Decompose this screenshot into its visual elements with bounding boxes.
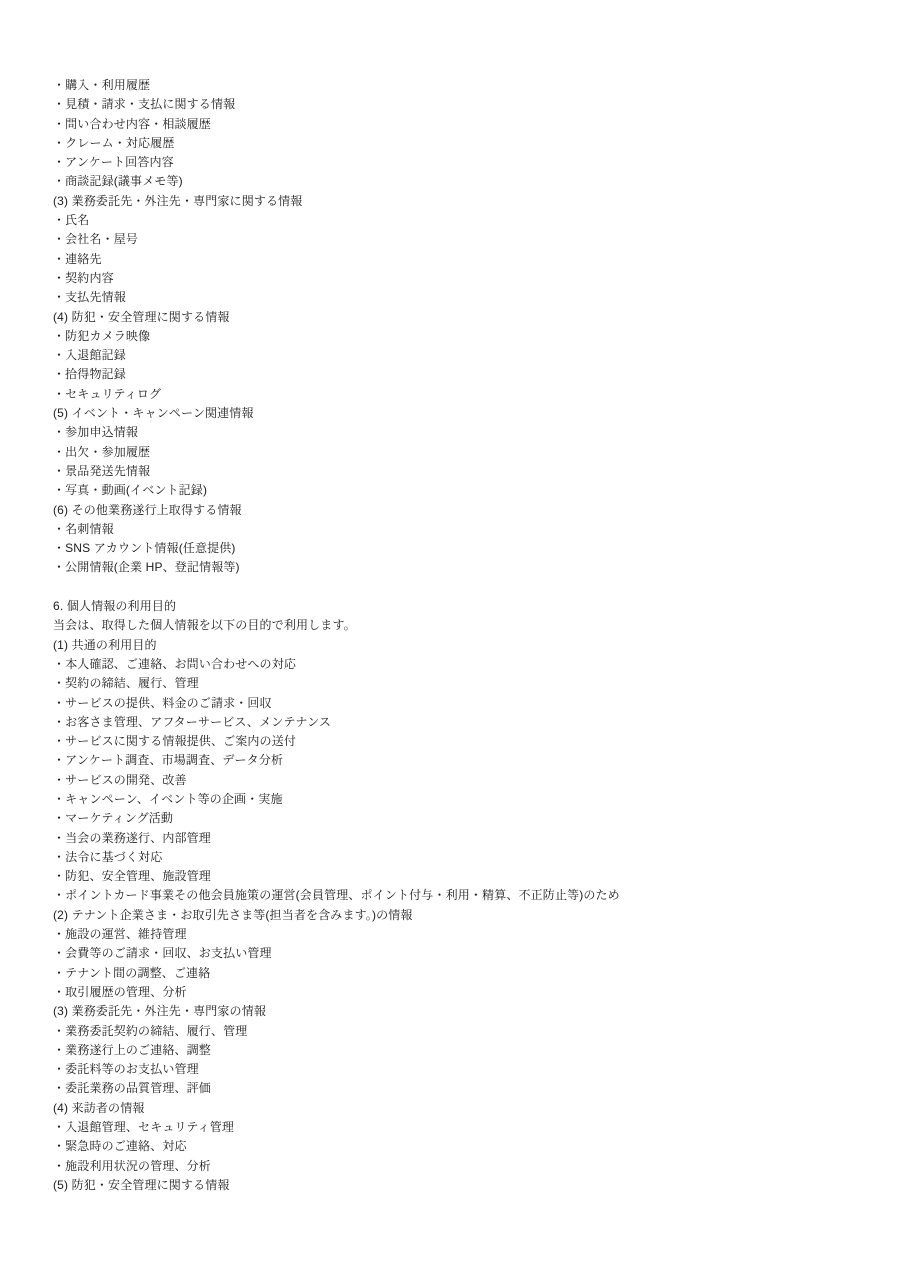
text-line: ・アンケート回答内容 <box>53 153 853 172</box>
text-line: ・サービスの開発、改善 <box>53 771 853 790</box>
text-line: ・支払先情報 <box>53 288 853 307</box>
text-line: ・法令に基づく対応 <box>53 848 853 867</box>
text-line: ・防犯、安全管理、施設管理 <box>53 867 853 886</box>
text-line: ・本人確認、ご連絡、お問い合わせへの対応 <box>53 655 853 674</box>
section6-heading: 6. 個人情報の利用目的 <box>53 597 853 616</box>
text-line: ・セキュリティログ <box>53 385 853 404</box>
text-line: ・施設利用状況の管理、分析 <box>53 1157 853 1176</box>
text-line: ・公開情報(企業 HP、登記情報等) <box>53 558 853 577</box>
text-line: ・購入・利用履歴 <box>53 76 853 95</box>
text-line: ・取引履歴の管理、分析 <box>53 983 853 1002</box>
text-line: ・業務委託契約の締結、履行、管理 <box>53 1022 853 1041</box>
document-page: ・購入・利用履歴・見積・請求・支払に関する情報・問い合わせ内容・相談履歴・クレー… <box>0 0 900 1272</box>
text-line: (5) 防犯・安全管理に関する情報 <box>53 1176 853 1195</box>
text-line: ・契約の締結、履行、管理 <box>53 674 853 693</box>
text-line: ・見積・請求・支払に関する情報 <box>53 95 853 114</box>
text-line: ・お客さま管理、アフターサービス、メンテナンス <box>53 713 853 732</box>
text-line: ・会費等のご請求・回収、お支払い管理 <box>53 944 853 963</box>
text-line: (4) 防犯・安全管理に関する情報 <box>53 308 853 327</box>
text-line: ・アンケート調査、市場調査、データ分析 <box>53 751 853 770</box>
text-line: ・名刺情報 <box>53 520 853 539</box>
text-line: ・氏名 <box>53 211 853 230</box>
text-line: 当会は、取得した個人情報を以下の目的で利用します。 <box>53 616 853 635</box>
text-line: (6) その他業務遂行上取得する情報 <box>53 501 853 520</box>
text-line: ・委託料等のお支払い管理 <box>53 1060 853 1079</box>
text-line: ・会社名・屋号 <box>53 230 853 249</box>
section5-item-list: ・購入・利用履歴・見積・請求・支払に関する情報・問い合わせ内容・相談履歴・クレー… <box>53 76 853 578</box>
text-line: ・契約内容 <box>53 269 853 288</box>
text-line: ・キャンペーン、イベント等の企画・実施 <box>53 790 853 809</box>
text-line: ・SNS アカウント情報(任意提供) <box>53 539 853 558</box>
text-line: ・入退館管理、セキュリティ管理 <box>53 1118 853 1137</box>
text-line: ・マーケティング活動 <box>53 809 853 828</box>
text-line: (2) テナント企業さま・お取引先さま等(担当者を含みます。)の情報 <box>53 906 853 925</box>
text-line: ・景品発送先情報 <box>53 462 853 481</box>
text-line: (3) 業務委託先・外注先・専門家の情報 <box>53 1002 853 1021</box>
text-line: ・テナント間の調整、ご連絡 <box>53 964 853 983</box>
text-line: ・商談記録(議事メモ等) <box>53 172 853 191</box>
text-line: (5) イベント・キャンペーン関連情報 <box>53 404 853 423</box>
text-line: ・参加申込情報 <box>53 423 853 442</box>
text-line: ・緊急時のご連絡、対応 <box>53 1137 853 1156</box>
text-line: ・サービスの提供、料金のご請求・回収 <box>53 694 853 713</box>
text-line: ・当会の業務遂行、内部管理 <box>53 829 853 848</box>
text-line: ・ポイントカード事業その他会員施策の運営(会員管理、ポイント付与・利用・精算、不… <box>53 886 853 905</box>
text-line: ・写真・動画(イベント記録) <box>53 481 853 500</box>
text-line: ・拾得物記録 <box>53 365 853 384</box>
text-line: ・サービスに関する情報提供、ご案内の送付 <box>53 732 853 751</box>
document-body: ・購入・利用履歴・見積・請求・支払に関する情報・問い合わせ内容・相談履歴・クレー… <box>53 76 853 1195</box>
text-line: ・問い合わせ内容・相談履歴 <box>53 115 853 134</box>
text-line: ・クレーム・対応履歴 <box>53 134 853 153</box>
section-gap <box>53 578 853 597</box>
text-line: ・出欠・参加履歴 <box>53 443 853 462</box>
text-line: ・業務遂行上のご連絡、調整 <box>53 1041 853 1060</box>
text-line: (4) 来訪者の情報 <box>53 1099 853 1118</box>
text-line: ・連絡先 <box>53 250 853 269</box>
text-line: ・防犯カメラ映像 <box>53 327 853 346</box>
text-line: ・委託業務の品質管理、評価 <box>53 1079 853 1098</box>
section6-body: 当会は、取得した個人情報を以下の目的で利用します。(1) 共通の利用目的・本人確… <box>53 616 853 1195</box>
text-line: (3) 業務委託先・外注先・専門家に関する情報 <box>53 192 853 211</box>
text-line: ・施設の運営、維持管理 <box>53 925 853 944</box>
text-line: (1) 共通の利用目的 <box>53 636 853 655</box>
text-line: ・入退館記録 <box>53 346 853 365</box>
